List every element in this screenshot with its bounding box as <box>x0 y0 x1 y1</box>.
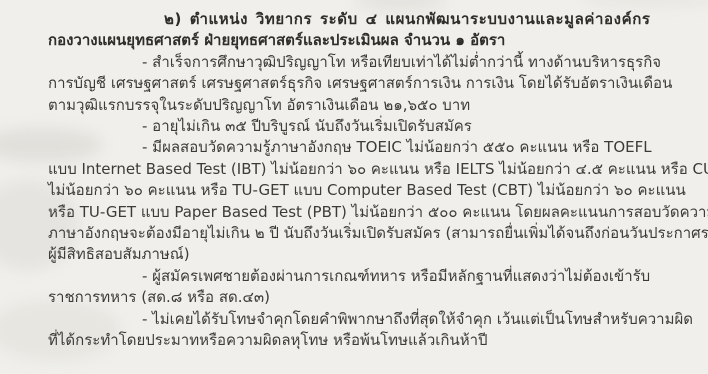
education-requirement-line-1: - สำเร็จการศึกษาวุฒิปริญญาโท หรือเทียบเท… <box>48 52 700 73</box>
education-requirement-line-2: การบัญชี เศรษฐศาสตร์ เศรษฐศาสตร์ธุรกิจ เ… <box>48 73 700 94</box>
english-test-requirement-line-1: - มีผลสอบวัดความรู้ภาษาอังกฤษ TOEIC ไม่น… <box>48 137 700 158</box>
document-text-block: ๒) ตำแหน่ง วิทยากร ระดับ ๔ แผนกพัฒนาระบบ… <box>48 9 700 352</box>
military-service-line-2: ราชการทหาร (สด.๘ หรือ สด.๔๓) <box>48 287 700 308</box>
criminal-record-line-1: - ไม่เคยได้รับโทษจำคุกโดยคำพิพากษาถึงที่… <box>48 309 700 330</box>
criminal-record-line-2: ที่ได้กระทำโดยประมาทหรือความผิดลหุโทษ หร… <box>48 330 700 351</box>
english-test-validity-line: ภาษาอังกฤษจะต้องมีอายุไม่เกิน ๒ ปี นับถึ… <box>48 223 700 244</box>
english-test-requirement-line-4: หรือ TU-GET แบบ Paper Based Test (PBT) ไ… <box>48 202 700 223</box>
english-test-requirement-line-2: แบบ Internet Based Test (IBT) ไม่น้อยกว่… <box>48 159 700 180</box>
salary-line: ตามวุฒิแรกบรรจุในระดับปริญญาโท อัตราเงิน… <box>48 95 700 116</box>
military-service-line-1: - ผู้สมัครเพศชายต้องผ่านการเกณฑ์ทหาร หรื… <box>48 266 700 287</box>
scan-smudge <box>580 0 708 6</box>
age-requirement-line: - อายุไม่เกิน ๓๕ ปีบริบูรณ์ นับถึงวันเริ… <box>48 116 700 137</box>
division-line: กองวางแผนยุทธศาสตร์ ฝ่ายยุทธศาสตร์และประ… <box>48 30 700 51</box>
position-title: ๒) ตำแหน่ง วิทยากร ระดับ ๔ แผนกพัฒนาระบบ… <box>48 9 700 30</box>
english-test-requirement-line-3: ไม่น้อยกว่า ๖๐ คะแนน หรือ TU-GET แบบ Com… <box>48 180 700 201</box>
scanned-document-page: ๒) ตำแหน่ง วิทยากร ระดับ ๔ แผนกพัฒนาระบบ… <box>0 0 708 374</box>
interview-eligibility-line: ผู้มีสิทธิสอบสัมภาษณ์) <box>48 244 700 265</box>
